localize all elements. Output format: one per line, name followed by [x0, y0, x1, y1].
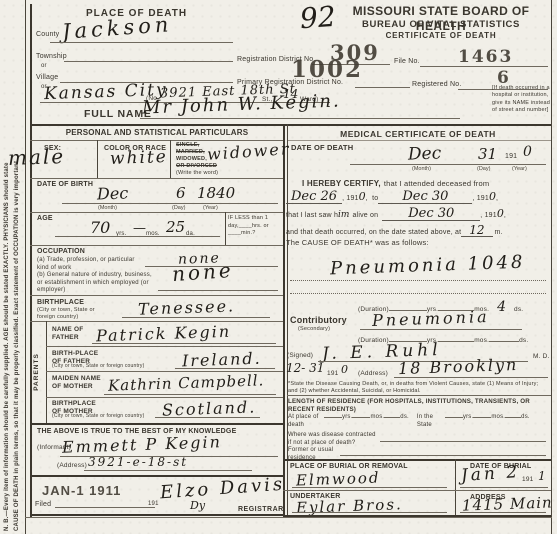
certify-line-4: and that death occurred, on the date sta… [286, 224, 503, 238]
date-of-death-month: Dec [408, 145, 442, 163]
date-of-death-label: DATE OF DEATH [291, 143, 353, 152]
res-yrs-rule [324, 417, 342, 418]
full-name-rule [140, 118, 460, 119]
physician-address-rule [394, 377, 548, 378]
personal-section-title: PERSONAL AND STATISTICAL PARTICULARS [31, 128, 283, 138]
informant-address-label: (Address) [57, 462, 87, 470]
certify-rest: that I attended deceased from [384, 179, 489, 188]
former-residence-rule [340, 455, 546, 456]
certify-p3: , 191 [472, 195, 489, 204]
md-label: M. D. [533, 353, 550, 361]
birthplace-rule [122, 317, 270, 318]
undertaker-value: Eylar Bros. [296, 497, 403, 516]
left-column-bottom-rule [30, 514, 283, 516]
age-yrs-label: yrs. [116, 231, 126, 239]
duration2-mos-rule [438, 341, 474, 342]
primary-registration-stamp: 1002 [291, 56, 363, 83]
residence-bottom-rule [283, 459, 551, 461]
certify-last-date: Dec 30 [382, 207, 480, 221]
state-ds-rule [505, 417, 521, 418]
burial-place-rule [292, 487, 447, 488]
age-da-label: da. [186, 231, 195, 239]
certify-l4b: m. [495, 229, 503, 238]
burial-year-digit: 1 [538, 470, 546, 482]
cause-of-death-value: Pneumonia 1048 [330, 254, 526, 279]
mother-birthplace-value: Scotland. [162, 399, 257, 418]
date-of-death-year-print: 191 [505, 153, 517, 162]
certify-p2: , to [366, 195, 379, 204]
burial-year-print: 191 [522, 476, 533, 484]
age-mos-label: mos. [146, 231, 160, 239]
burial-date-value: Jan 2 [460, 464, 520, 485]
dob-year: 1840 [197, 186, 235, 201]
physician-address-value: 18 Brooklyn [398, 357, 519, 377]
dod-month-caption: (Month) [412, 166, 431, 172]
marital-value: widower [207, 141, 291, 163]
signed-date-value: 12- 31 [286, 362, 324, 374]
mother-name-label: MAIDEN NAME OF MOTHER [52, 375, 104, 391]
duration2-ds-rule [489, 341, 519, 342]
header-bottom-rule [30, 124, 551, 126]
parents-label: PARENTS [33, 332, 41, 412]
informant-address-rule [84, 470, 252, 471]
filed-year-print: 191 [148, 501, 159, 509]
sex-value: male [8, 146, 66, 168]
occupation-a-label: (a) Trade, profession, or particular kin… [37, 257, 142, 272]
contributory-label: Contributory [290, 315, 347, 326]
date-of-death-day: 31 [478, 147, 497, 162]
if-less-note: IF LESS than 1 day,____hrs. or ____min.? [228, 215, 281, 238]
state-yrs: yrs. [463, 414, 473, 422]
state-mos: mos. [491, 414, 505, 422]
certify-l4a: and that death occurred, on the date sta… [286, 229, 461, 238]
primary-registration-rule [355, 87, 410, 88]
father-name-value: Patrick Kegin [96, 324, 232, 345]
burial-date-rule [460, 487, 548, 488]
village-label: Village [36, 74, 58, 83]
father-birthplace-rule [175, 368, 275, 369]
occupation-row-rule [30, 295, 283, 296]
burial-row-rule [283, 490, 551, 491]
res-ds-rule [384, 417, 400, 418]
certify-year2: 0 [489, 191, 496, 202]
dod-day-caption: (Day) [477, 166, 490, 172]
father-birthplace-sub: (City or town, State or foreign country) [52, 363, 172, 369]
informant-value: Emmett P Kegin [62, 434, 222, 456]
marital-hint: (Write the word) [176, 170, 218, 177]
where-contracted-rule [380, 441, 546, 442]
occupation-b-label: (b) General nature of industry, business… [37, 272, 155, 295]
bureau-title: BUREAU OF VITAL STATISTICS [328, 19, 554, 31]
date-of-death-rule [350, 164, 546, 165]
age-cell-divider [225, 212, 226, 245]
file-no-label: File No. [394, 58, 420, 67]
certify-bold: I HEREBY CERTIFY, [302, 179, 381, 189]
township-rule [64, 61, 233, 62]
physician-address-label: (Address) [358, 370, 388, 378]
father-birthplace-value: Ireland. [182, 351, 262, 370]
dob-day: 6 [176, 186, 186, 201]
margin-note-line2: CAUSE OF DEATH in plain terms, so that i… [14, 3, 22, 531]
dob-rule [62, 203, 278, 204]
certify-hour: 12 [461, 224, 492, 237]
county-rule [50, 42, 233, 43]
mother-name-rule [104, 394, 276, 395]
contributory-rule [360, 329, 522, 330]
cause-footnote: *State the Disease Causing Death, or, in… [288, 381, 546, 395]
age-years-value: 70 [90, 220, 110, 236]
duration1-ds: ds. [514, 306, 523, 314]
undertaker-address-rule [460, 512, 546, 513]
signed-year-digit: 0 [341, 364, 348, 375]
dob-month: Dec [97, 185, 129, 202]
marital-option-divorced: OR DIVORCED [176, 163, 218, 170]
mother-name-value: Kathrin Campbell. [108, 373, 265, 393]
state-ds: ds. [521, 414, 530, 422]
certify-to-date: Dec 30 [378, 190, 472, 204]
certify-year3: 0 [497, 208, 504, 219]
right-column-bottom-rule [283, 515, 551, 517]
full-name-value: Mr John W. Kegin. [142, 93, 341, 118]
occupation-label: OCCUPATION [37, 248, 85, 257]
left-frame-rule [30, 4, 32, 517]
residence-title: LENGTH OF RESIDENCE (For Hospitals, Inst… [288, 398, 546, 414]
dob-row-rule [30, 212, 283, 213]
county-label: County [36, 31, 59, 40]
signed-year-print: 191 [327, 370, 338, 378]
registrar-deputy-mark: Dy [190, 500, 205, 511]
filed-date-stamp: JAN-1 1911 [42, 483, 121, 498]
signed-label: (Signed) [287, 352, 313, 360]
occupation-b-rule [158, 290, 278, 291]
certify-p4: , [496, 195, 498, 204]
res-ds: ds. [400, 414, 409, 422]
or-label-1: or [41, 63, 47, 71]
duration1-days-value: 4 [489, 300, 514, 314]
certify-l3a: that I last saw h [286, 212, 338, 221]
burial-cell-divider [455, 459, 456, 515]
state-mos-rule [473, 417, 491, 418]
res-mos-rule [352, 417, 370, 418]
color-cell-divider [170, 140, 171, 178]
file-no-value: 1463 [458, 47, 513, 67]
age-days-value: 25 [166, 220, 185, 235]
registrar-signature: Elzo Davis [160, 476, 286, 503]
at-place-label: At place of death [288, 414, 324, 430]
certify-year1: 0 [359, 191, 366, 202]
residence-row: At place of death yrs. mos. ds. In the S… [288, 414, 530, 430]
res-yrs: yrs. [342, 414, 352, 422]
bottom-outer-rule [25, 517, 552, 518]
birthplace-row-rule [30, 321, 283, 322]
secondary-label: (Secondary) [298, 326, 330, 333]
res-mos: mos. [370, 414, 384, 422]
cause-intro: The CAUSE OF DEATH* was as follows: [286, 238, 429, 247]
medical-title-rule [288, 140, 551, 141]
left-outer-rule [25, 0, 26, 534]
age-label: AGE [37, 215, 53, 224]
father-name-row-rule [46, 346, 283, 347]
certify-line-1: I HEREBY CERTIFY, that I attended deceas… [302, 179, 489, 189]
dob-year-caption: (Year) [203, 205, 218, 211]
parents-cell-divider [46, 321, 47, 423]
dob-day-caption: (Day) [172, 205, 185, 211]
cause-rule-2 [290, 293, 546, 294]
father-name-label: NAME OF FATHER [52, 326, 94, 342]
certify-l3b: alive on [352, 212, 378, 221]
cause-code-annotation: 92 [299, 3, 337, 33]
sex-cell-divider [97, 140, 98, 178]
mother-birthplace-sub: (City or town, State or foreign country) [52, 413, 172, 419]
father-name-rule [92, 343, 276, 344]
margin-note-line1: N. B.—Every item of information should b… [4, 3, 12, 531]
certify-line-2: Dec 26 , 191 0 , to Dec 30 , 191 0 , [286, 190, 498, 204]
age-rule [55, 236, 220, 237]
death-certificate-scan: N. B.—Every item of information should b… [0, 0, 557, 534]
occupation-b-value: none [171, 260, 234, 284]
hospital-note: [If death occurred in a hospital or inst… [492, 85, 554, 115]
birthplace-value: Tenessee. [138, 298, 236, 317]
certify-him: im [338, 211, 349, 220]
personal-title-rule [30, 140, 283, 141]
filed-label: Filed [35, 501, 51, 510]
cause-rule-1 [290, 280, 546, 281]
state-yrs-rule [445, 417, 463, 418]
color-value: white [110, 149, 168, 168]
column-divider [283, 124, 285, 515]
filed-rule [55, 507, 155, 508]
certify-p1: , 191 [342, 195, 359, 204]
dob-month-caption: (Month) [98, 205, 117, 211]
medical-section-title: MEDICAL CERTIFICATE OF DEATH [288, 129, 548, 140]
in-state-label: In the State [417, 414, 445, 430]
where-contracted-label: Where was disease contracted if not at p… [288, 431, 378, 447]
township-label: Township [36, 53, 67, 62]
burial-place-value: Elmwood [296, 471, 381, 489]
county-value: Jackson [61, 14, 173, 43]
duration2-mos: mos. [474, 337, 489, 345]
certify-line-3: that I last saw h im alive on Dec 30 , 1… [286, 207, 506, 221]
right-outer-rule [551, 0, 552, 534]
certify-p6: , [504, 212, 506, 221]
certify-from-date: Dec 26 [286, 190, 342, 204]
certify-p5: , 191 [480, 212, 497, 221]
dob-label: DATE OF BIRTH [37, 181, 93, 190]
informant-address-value: 3921-e-18-st [88, 456, 188, 468]
undertaker-rule [292, 512, 447, 513]
footnote-rule [287, 395, 551, 396]
mother-birthplace-rule [155, 417, 260, 418]
duration2-ds: ds. [519, 337, 528, 345]
date-of-death-year-digit: 0 [523, 145, 532, 159]
undertaker-address-value: 1415 Main [462, 495, 553, 513]
parents-bottom-rule [30, 423, 283, 425]
registered-no-label: Registered No. [412, 81, 462, 90]
birthplace-sub: (City or town, State or foreign country) [37, 307, 105, 321]
age-months-value: — [133, 222, 146, 235]
sex-row-rule [30, 178, 283, 179]
age-row-rule [30, 245, 283, 246]
contributory-value: Pneumonia [372, 309, 490, 329]
dod-year-caption: (Year) [512, 166, 527, 172]
